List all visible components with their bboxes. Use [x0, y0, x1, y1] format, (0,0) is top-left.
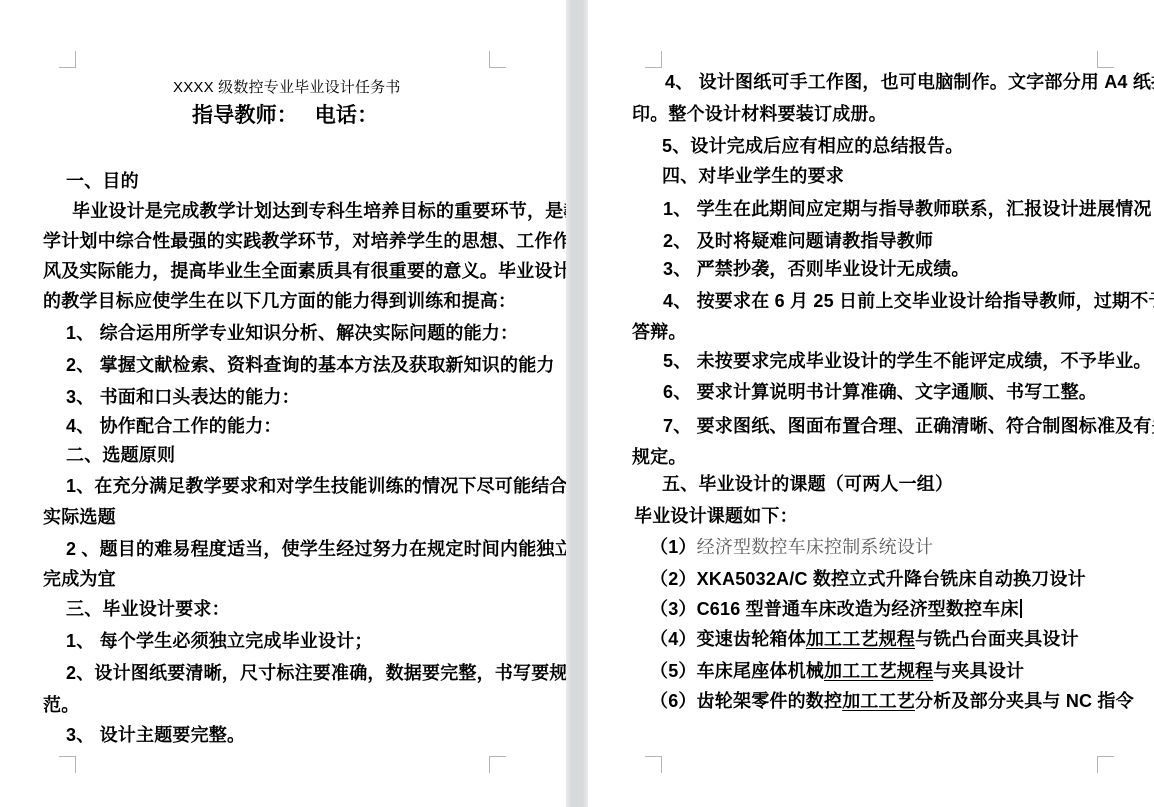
- text-line: 3、 设计主题要完整。: [66, 724, 245, 747]
- crop-mark: [59, 756, 76, 773]
- text-run: （3）C616 型普通车床改造为经济型数控车床: [650, 599, 1019, 619]
- text-run: （6）齿轮架零件的数控: [650, 691, 842, 711]
- text-line: 4、 协作配合工作的能力：: [66, 415, 282, 438]
- text-run: 2、设计图纸要清晰，尺寸标注要准确，数据要完整，书写要规: [66, 663, 568, 683]
- text-run: 学计划中综合性最强的实践教学环节，对培养学生的思想、工作作: [43, 231, 571, 251]
- text-line: 2 、题目的难易程度适当，使学生经过努力在规定时间内能独立: [66, 538, 573, 561]
- text-run: （4）变速齿轮箱体: [650, 629, 806, 649]
- text-line: 完成为宜: [43, 568, 116, 591]
- text-run: 二、选题原则: [66, 445, 175, 465]
- text-run: 毕业设计课题如下：: [634, 506, 798, 526]
- text-run: 指导教师： 电话：: [192, 104, 378, 127]
- text-line: 2、设计图纸要清晰，尺寸标注要准确，数据要完整，书写要规: [66, 662, 568, 685]
- text-line: 1、 每个学生必须独立完成毕业设计；: [66, 630, 373, 653]
- text-run: 2、 掌握文献检索、资料查询的基本方法及获取新知识的能力: [66, 355, 555, 375]
- text-run: 1、 每个学生必须独立完成毕业设计；: [66, 631, 373, 651]
- text-run: 3、 设计主题要完整。: [66, 725, 245, 745]
- text-run: 6、 要求计算说明书计算准确、文字通顺、书写工整。: [663, 382, 1097, 402]
- text-run: 毕业设计是完成教学计划达到专科生培养目标的重要环节，是教: [72, 201, 582, 221]
- text-run: 风及实际能力，提高毕业生全面素质具有很重要的意义。毕业设计: [43, 261, 571, 281]
- text-run: 印。整个设计材料要装订成册。: [632, 104, 887, 124]
- text-run: （2）XKA5032A/C 数控立式升降台铣床自动换刀设计: [650, 569, 1086, 589]
- document-page-1[interactable]: XXXX 级数控专业毕业设计任务书指导教师： 电话：一、目的毕业设计是完成教学计…: [0, 0, 566, 807]
- document-page-2[interactable]: 4、 设计图纸可手工作图，也可电脑制作。文字部分用 A4 纸打印。整个设计材料要…: [588, 0, 1154, 807]
- text-line: （5）车床尾座体机械加工工艺规程与夹具设计: [650, 660, 1024, 683]
- text-line: 学计划中综合性最强的实践教学环节，对培养学生的思想、工作作: [43, 230, 571, 253]
- page-gutter: [566, 0, 588, 807]
- text-line: XXXX 级数控专业毕业设计任务书: [173, 76, 401, 99]
- text-run: 1、 综合运用所学专业知识分析、解决实际问题的能力：: [66, 323, 518, 343]
- text-run: 完成为宜: [43, 569, 116, 589]
- text-line: 的教学目标应使学生在以下几方面的能力得到训练和提高：: [43, 290, 516, 313]
- text-run: 4、 设计图纸可手工作图，也可电脑制作。文字部分用 A4 纸打: [665, 72, 1154, 92]
- text-line: （6）齿轮架零件的数控加工工艺分析及部分夹具与 NC 指令: [650, 690, 1134, 713]
- text-run: 1、 学生在此期间应定期与指导教师联系，汇报设计进展情况: [663, 199, 1152, 219]
- text-run: 分析及部分夹具与 NC 指令: [915, 691, 1134, 711]
- text-cursor: [1020, 599, 1022, 618]
- text-run: 3、 书面和口头表达的能力：: [66, 387, 300, 407]
- text-run: 7、 要求图纸、图面布置合理、正确清晰、符合制图标准及有关: [663, 416, 1154, 436]
- text-line: （4）变速齿轮箱体加工工艺规程与铣凸台面夹具设计: [650, 628, 1079, 651]
- text-line: 指导教师： 电话：: [192, 104, 378, 127]
- text-run: 与铣凸台面夹具设计: [915, 629, 1079, 649]
- text-line: 毕业设计课题如下：: [634, 505, 798, 528]
- text-run: 加工工艺规程: [824, 661, 933, 681]
- text-line: 5、设计完成后应有相应的总结报告。: [662, 135, 963, 158]
- text-line: 二、选题原则: [66, 444, 175, 467]
- text-run: 5、 未按要求完成毕业设计的学生不能评定成绩，不予毕业。: [663, 351, 1152, 371]
- text-line: 风及实际能力，提高毕业生全面素质具有很重要的意义。毕业设计: [43, 260, 571, 283]
- text-line: 范。: [43, 694, 79, 717]
- text-line: 三、毕业设计要求：: [66, 598, 230, 621]
- crop-mark: [489, 51, 506, 68]
- text-run: 规定。: [632, 447, 687, 467]
- text-line: 2、 及时将疑难问题请教指导教师: [663, 230, 933, 253]
- text-run: （5）车床尾座体机械: [650, 661, 824, 681]
- text-run: XXXX 级数控专业毕业设计任务书: [173, 79, 401, 96]
- text-line: 实际选题: [43, 506, 116, 529]
- text-run: 五、毕业设计的课题（可两人一组）: [662, 474, 953, 494]
- text-line: 3、 书面和口头表达的能力：: [66, 386, 300, 409]
- text-line: 四、对毕业学生的要求: [662, 165, 844, 188]
- text-line: 3、 严禁抄袭，否则毕业设计无成绩。: [663, 258, 970, 281]
- text-run: 实际选题: [43, 507, 116, 527]
- text-line: 五、毕业设计的课题（可两人一组）: [662, 473, 953, 496]
- text-line: 印。整个设计材料要装订成册。: [632, 103, 887, 126]
- text-run: 4、 按要求在 6 月 25 日前上交毕业设计给指导教师，过期不予: [663, 291, 1154, 311]
- crop-mark: [645, 756, 662, 773]
- text-line: 4、 设计图纸可手工作图，也可电脑制作。文字部分用 A4 纸打: [665, 71, 1154, 94]
- text-run: 答辩。: [632, 322, 687, 342]
- text-line: （1）经济型数控车床控制系统设计: [650, 536, 933, 559]
- text-run: 一、目的: [66, 171, 139, 191]
- text-line: （2）XKA5032A/C 数控立式升降台铣床自动换刀设计: [650, 568, 1086, 591]
- text-line: 4、 按要求在 6 月 25 日前上交毕业设计给指导教师，过期不予: [663, 290, 1154, 313]
- text-line: 规定。: [632, 446, 687, 469]
- text-run: 1、在充分满足教学要求和对学生技能训练的情况下尽可能结合: [66, 476, 568, 496]
- text-line: 1、在充分满足教学要求和对学生技能训练的情况下尽可能结合: [66, 475, 568, 498]
- text-run: 5、设计完成后应有相应的总结报告。: [662, 136, 963, 156]
- text-run: 加工工艺规程: [806, 629, 915, 649]
- crop-mark: [59, 51, 76, 68]
- text-line: 2、 掌握文献检索、资料查询的基本方法及获取新知识的能力: [66, 354, 555, 377]
- text-run: 三、毕业设计要求：: [66, 599, 230, 619]
- crop-mark: [489, 756, 506, 773]
- text-run: 4、 协作配合工作的能力：: [66, 416, 282, 436]
- text-line: 一、目的: [66, 170, 139, 193]
- text-run: 3、 严禁抄袭，否则毕业设计无成绩。: [663, 259, 970, 279]
- text-line: 5、 未按要求完成毕业设计的学生不能评定成绩，不予毕业。: [663, 350, 1152, 373]
- text-run: 的教学目标应使学生在以下几方面的能力得到训练和提高：: [43, 291, 516, 311]
- text-run: 范。: [43, 695, 79, 715]
- text-line: 答辩。: [632, 321, 687, 344]
- crop-mark: [1097, 51, 1114, 68]
- text-run: 与夹具设计: [933, 661, 1024, 681]
- text-line: 1、 综合运用所学专业知识分析、解决实际问题的能力：: [66, 322, 518, 345]
- crop-mark: [1097, 756, 1114, 773]
- text-run: 2、 及时将疑难问题请教指导教师: [663, 231, 933, 251]
- text-line: 毕业设计是完成教学计划达到专科生培养目标的重要环节，是教: [72, 200, 582, 223]
- text-line: （3）C616 型普通车床改造为经济型数控车床: [650, 598, 1022, 621]
- text-run: （1）: [650, 537, 697, 557]
- text-run: 2 、题目的难易程度适当，使学生经过努力在规定时间内能独立: [66, 539, 573, 559]
- crop-mark: [645, 51, 662, 68]
- text-line: 7、 要求图纸、图面布置合理、正确清晰、符合制图标准及有关: [663, 415, 1154, 438]
- text-line: 1、 学生在此期间应定期与指导教师联系，汇报设计进展情况: [663, 198, 1152, 221]
- text-run: 加工工艺: [842, 691, 915, 711]
- text-line: 6、 要求计算说明书计算准确、文字通顺、书写工整。: [663, 381, 1097, 404]
- text-run: 经济型数控车床控制系统设计: [697, 537, 934, 557]
- text-run: 四、对毕业学生的要求: [662, 166, 844, 186]
